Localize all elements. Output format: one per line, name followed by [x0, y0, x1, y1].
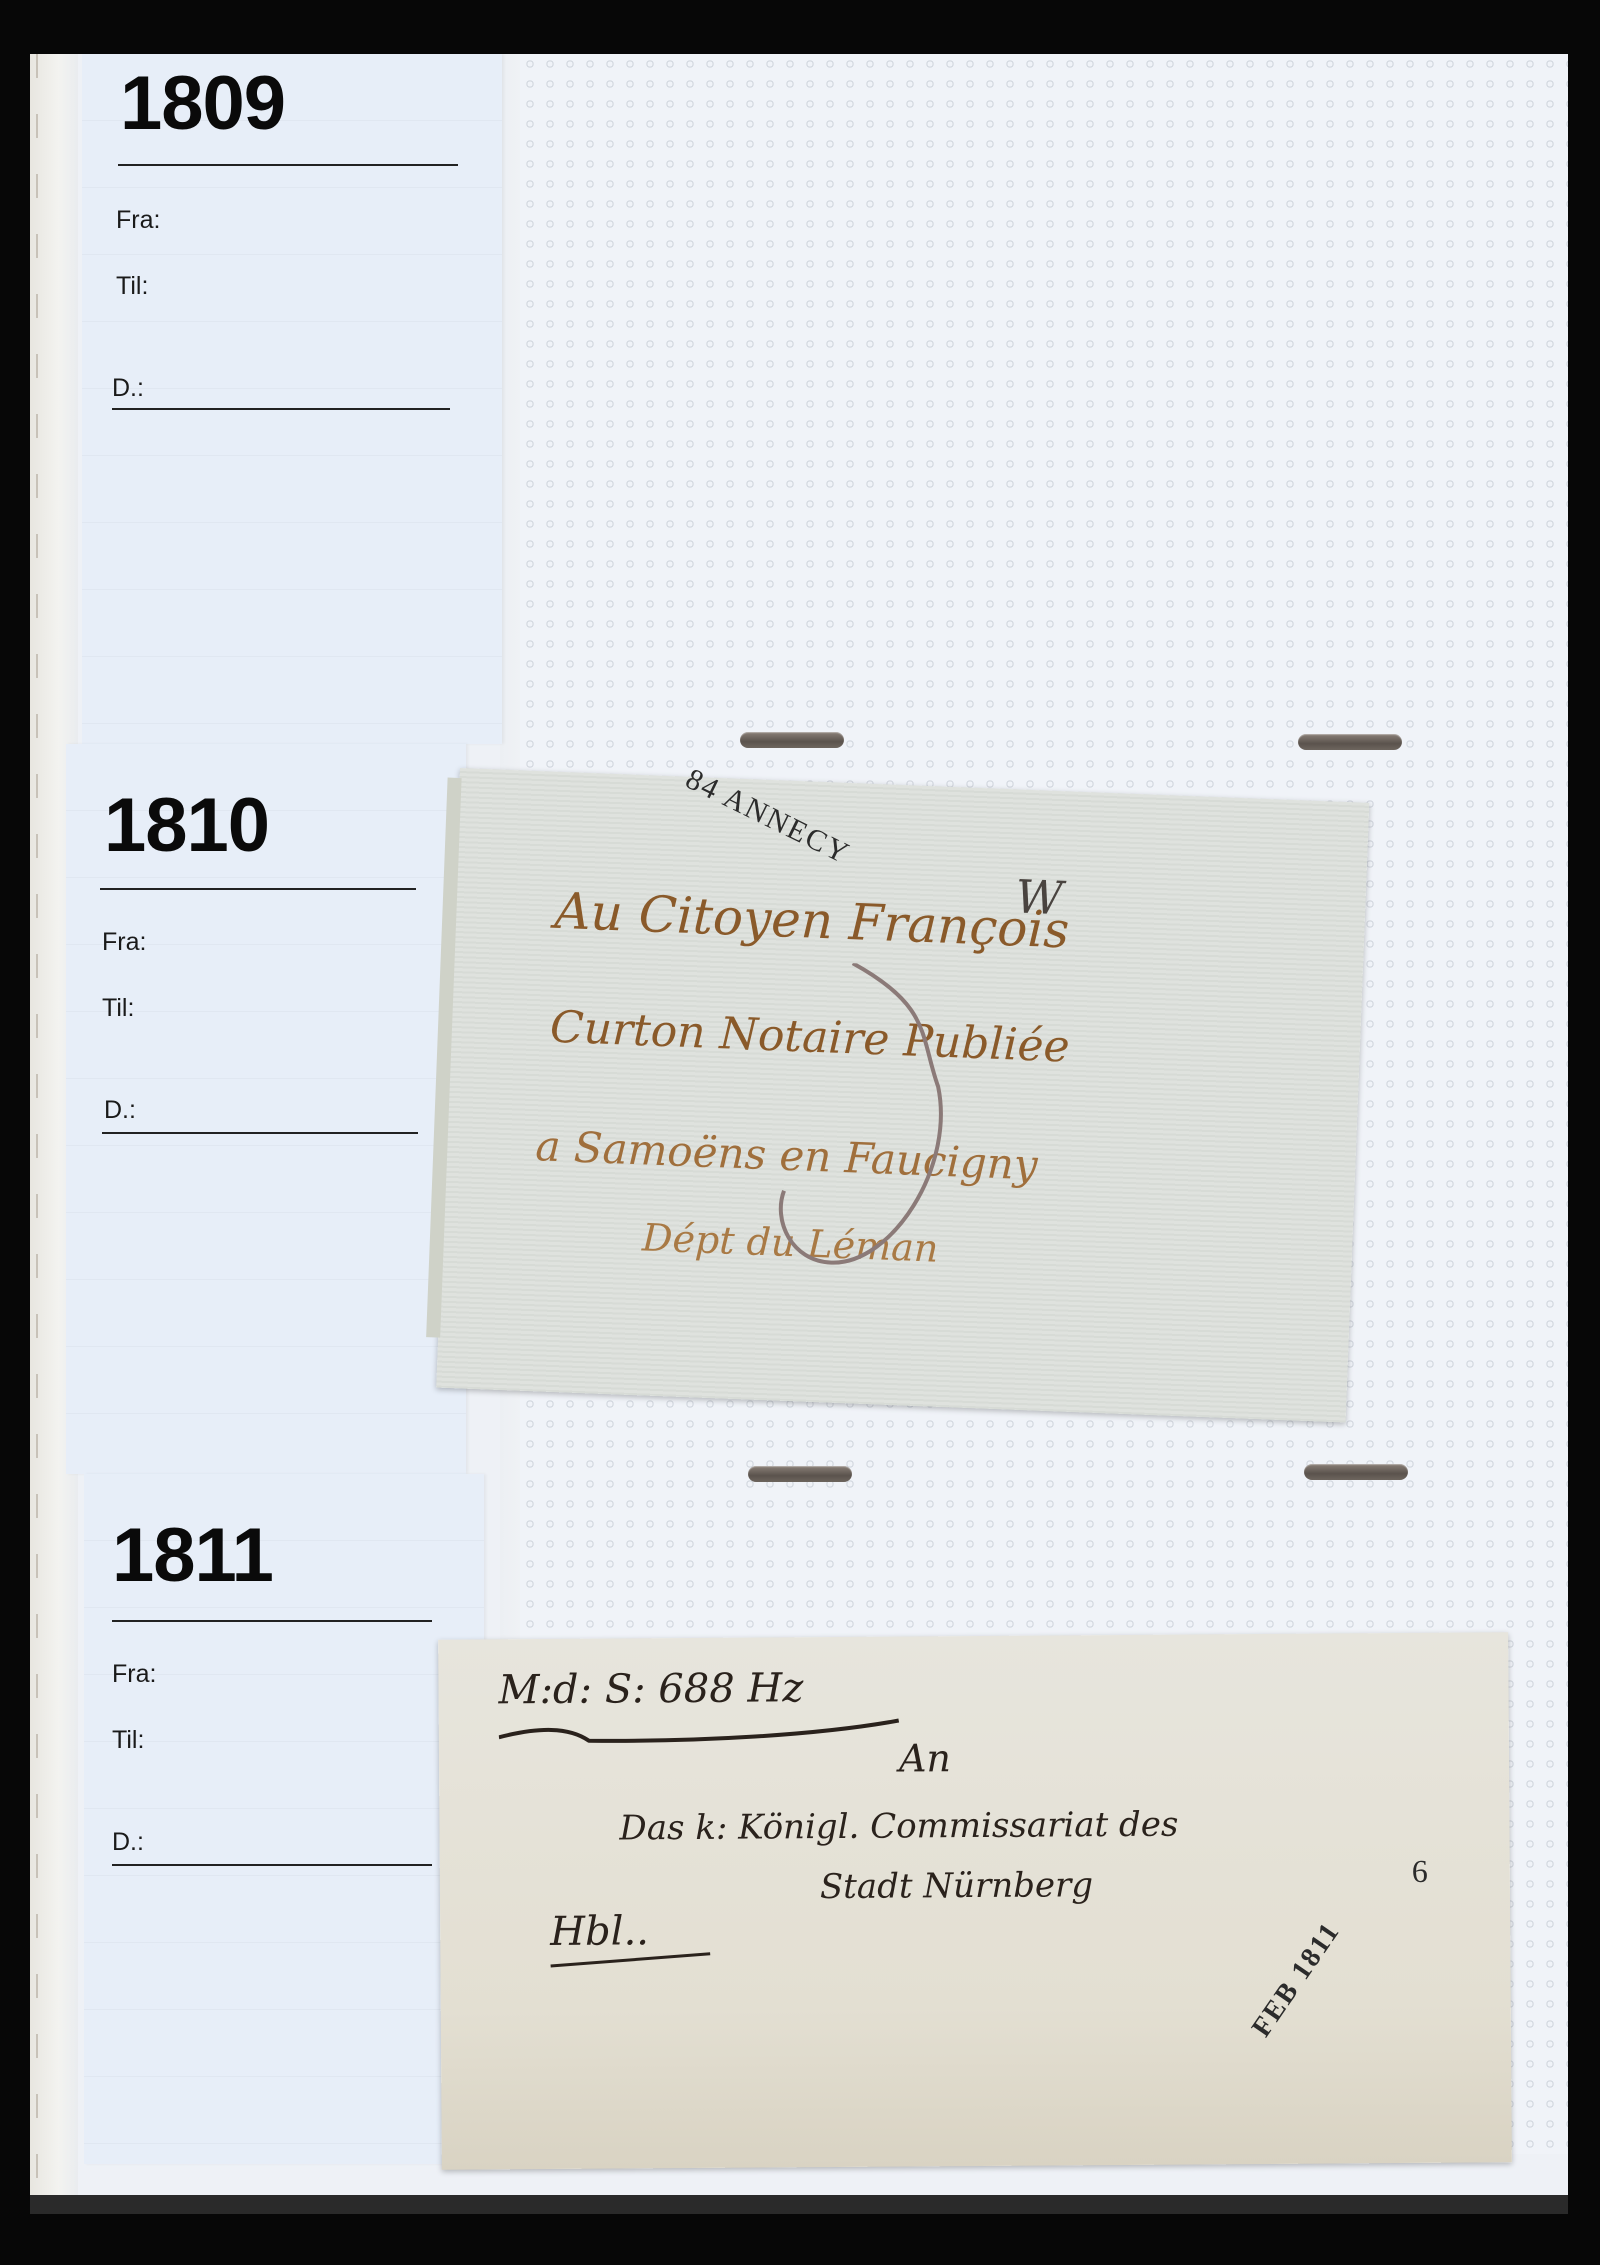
from-label: Fra: [102, 928, 146, 957]
mount-slot [748, 1466, 852, 1482]
rate-mark: 6 [1412, 1853, 1430, 1890]
date-underline [112, 408, 450, 410]
to-label: Til: [112, 1726, 144, 1755]
from-label: Fra: [116, 206, 160, 235]
date-label: D.: [112, 374, 144, 403]
rate-mark-stroke [770, 961, 983, 1298]
to-label: Til: [116, 272, 148, 301]
cover-header: M:d: S: 688 Hz [498, 1665, 803, 1713]
card-ruling [82, 54, 502, 744]
to-label: Til: [102, 994, 134, 1023]
year-card-1809: 1809 Fra: Til: D.: [82, 54, 502, 744]
mount-slot [1304, 1464, 1408, 1480]
mount-slot [1298, 734, 1402, 750]
year-card-1810: 1810 Fra: Til: D.: [66, 744, 466, 1474]
card-year: 1810 [104, 782, 269, 869]
address-line: An [899, 1736, 951, 1780]
date-label: D.: [104, 1096, 136, 1125]
from-label: Fra: [112, 1660, 156, 1689]
card-year: 1811 [112, 1512, 273, 1599]
address-line: Das k: Königl. Commissariat des [619, 1805, 1178, 1849]
mount-slot [740, 732, 844, 748]
postmark-date: FEB 1811 [1246, 1916, 1347, 2043]
page-bottom-edge [30, 2195, 1568, 2214]
date-underline [102, 1132, 418, 1134]
postal-cover-nurnberg: M:d: S: 688 Hz An Das k: Königl. Commiss… [438, 1632, 1512, 2169]
date-label: D.: [112, 1828, 144, 1857]
card-year: 1809 [120, 60, 285, 147]
flourish-underline [499, 1716, 919, 1749]
address-line: Au Citoyen François [553, 882, 1070, 960]
date-underline [112, 1864, 432, 1866]
postal-cover-annecy: 84 ANNECY W Au Citoyen François Curton N… [436, 768, 1369, 1422]
year-underline [112, 1620, 432, 1622]
signature: Hbl.. [550, 1908, 649, 1955]
year-underline [118, 164, 458, 166]
address-line: Stadt Nürnberg [820, 1865, 1093, 1907]
binding-perforation [36, 54, 38, 2214]
year-card-1811: 1811 Fra: Til: D.: [84, 1474, 484, 2164]
year-underline [100, 888, 416, 890]
